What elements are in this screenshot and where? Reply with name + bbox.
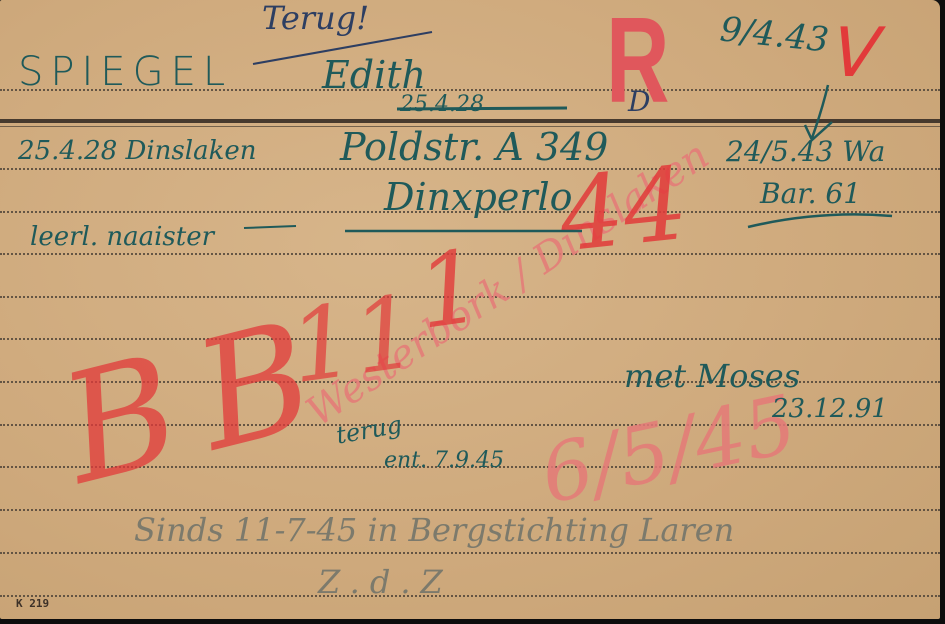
struck-date: 25.4.28 xyxy=(400,94,484,116)
pencil-note-line-2: Z.d.Z xyxy=(318,566,453,598)
scan-border-bottom xyxy=(0,619,945,624)
index-card: Westerbork / Dinslaken B B 11 1 44 6/5/4… xyxy=(0,0,940,619)
address-line-1: Poldstr. A 349 xyxy=(340,128,608,166)
pencil-note-line-1: Sinds 11-7-45 in Bergstichting Laren xyxy=(134,514,734,546)
address-line-2: Dinxperlo xyxy=(384,178,573,216)
birth-date-place: 25.4.28 Dinslaken xyxy=(18,138,256,164)
date-1991: 23.12.91 xyxy=(772,396,888,422)
terug-ent-date: ent. 7.9.45 xyxy=(384,450,504,472)
card-code: K 219 xyxy=(16,597,49,610)
stamp-initial: D xyxy=(628,88,650,116)
date-top-right: 9/4.43 xyxy=(719,12,831,57)
barrack-number: Bar. 61 xyxy=(760,180,861,208)
met-moses-note: met Moses xyxy=(624,360,800,392)
scan-border-right xyxy=(940,0,945,624)
transfer-date: 24/5.43 Wa xyxy=(726,138,885,166)
occupation: leerl. naaister xyxy=(30,224,214,250)
